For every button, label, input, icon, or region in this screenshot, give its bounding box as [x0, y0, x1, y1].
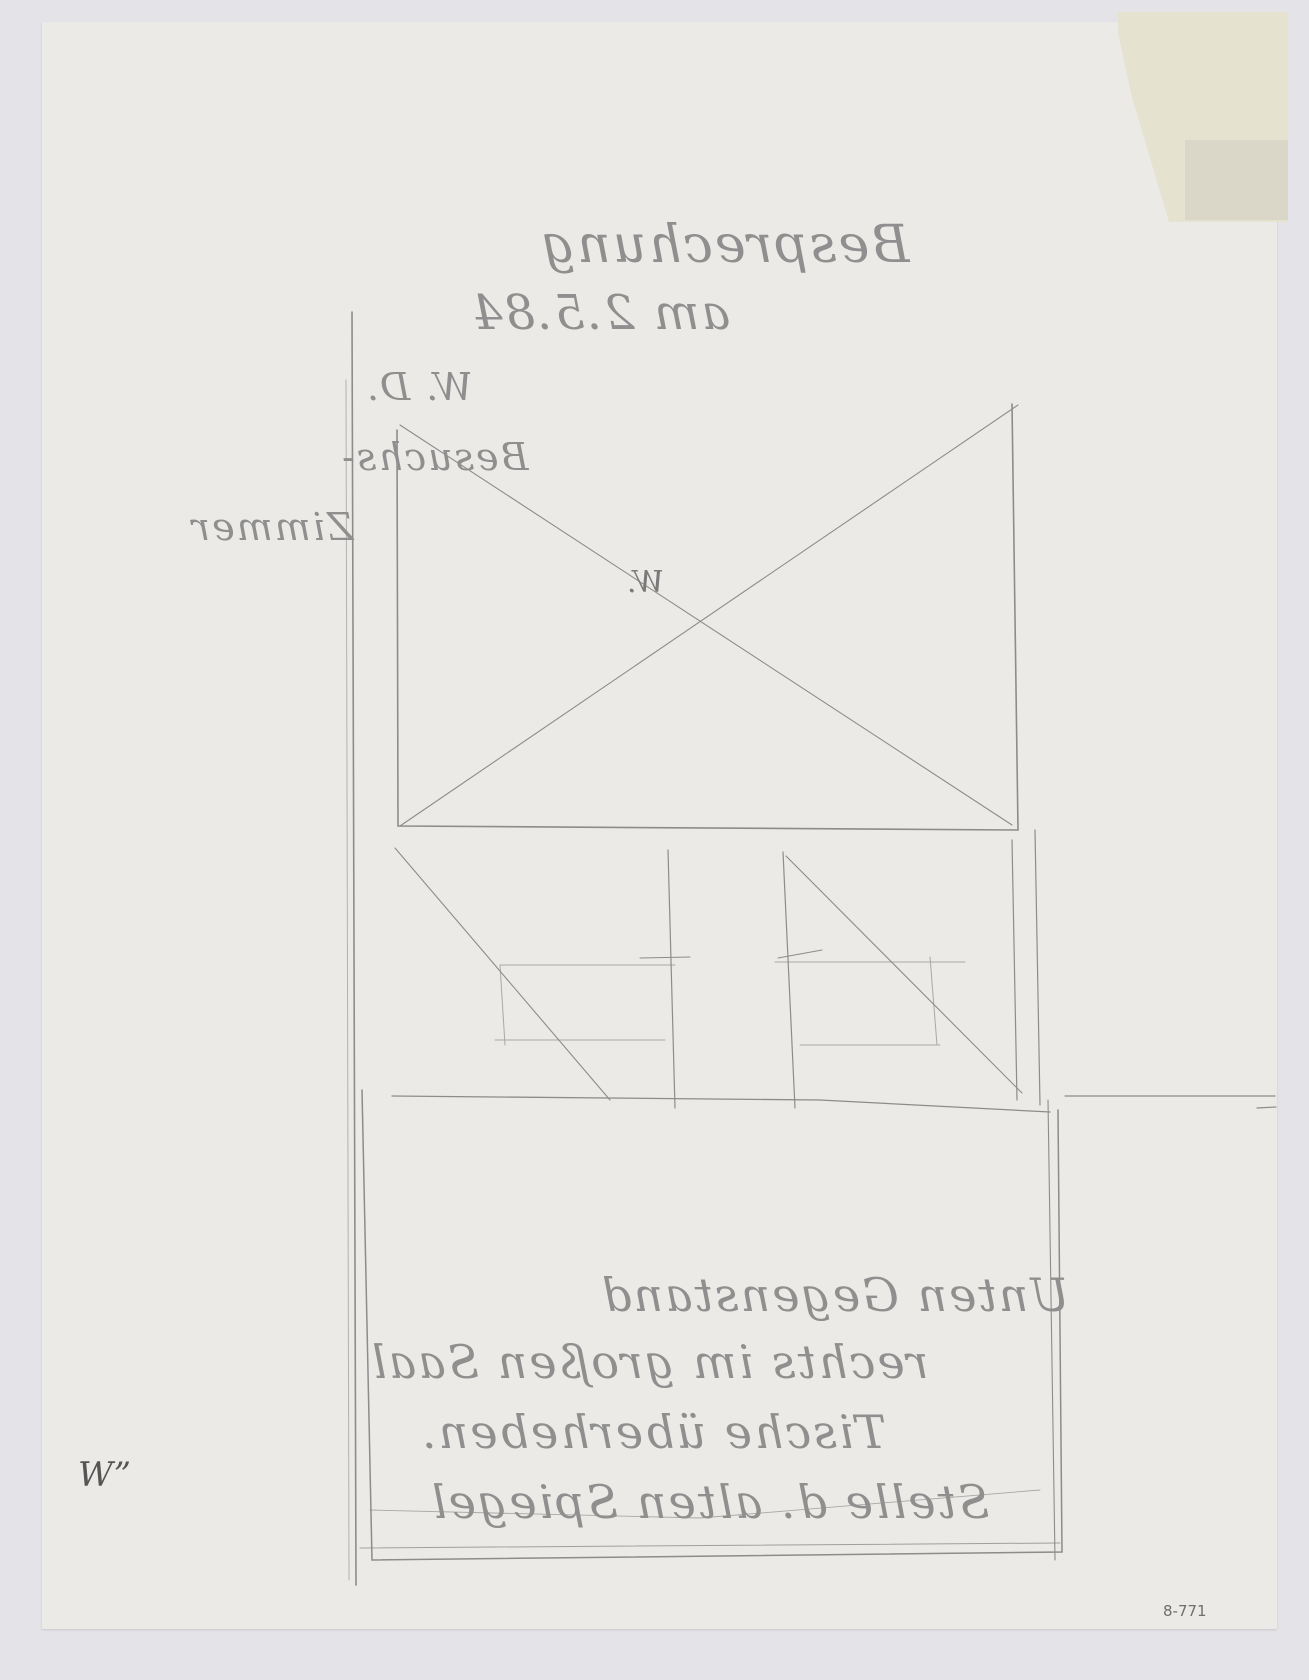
catalog-number: 8-771: [1163, 1602, 1207, 1620]
left-margin-line: [352, 312, 356, 1585]
bottom-text-line2: rechts im großen Saal: [370, 1335, 929, 1389]
middle-divider-line: [392, 1096, 1050, 1112]
center-mark: W.: [625, 565, 664, 600]
heading-date: am 2.5.84: [470, 285, 730, 341]
upper-panel-diagonal-2: [400, 425, 1012, 825]
side-label-line3: Zimmer: [190, 505, 353, 549]
bottom-text-line4: Stelle d. alten Spiegel: [430, 1475, 990, 1529]
bottom-text-line3: Tische überheben.: [420, 1405, 886, 1459]
side-label-line1: W. D.: [365, 365, 473, 409]
initials-signature: W”: [78, 1455, 131, 1495]
heading-besprechung: Besprechung: [540, 215, 909, 275]
side-label-line2: Besuchs-: [340, 435, 528, 479]
bottom-text-line1: Unten Gegenstand: [600, 1268, 1069, 1322]
